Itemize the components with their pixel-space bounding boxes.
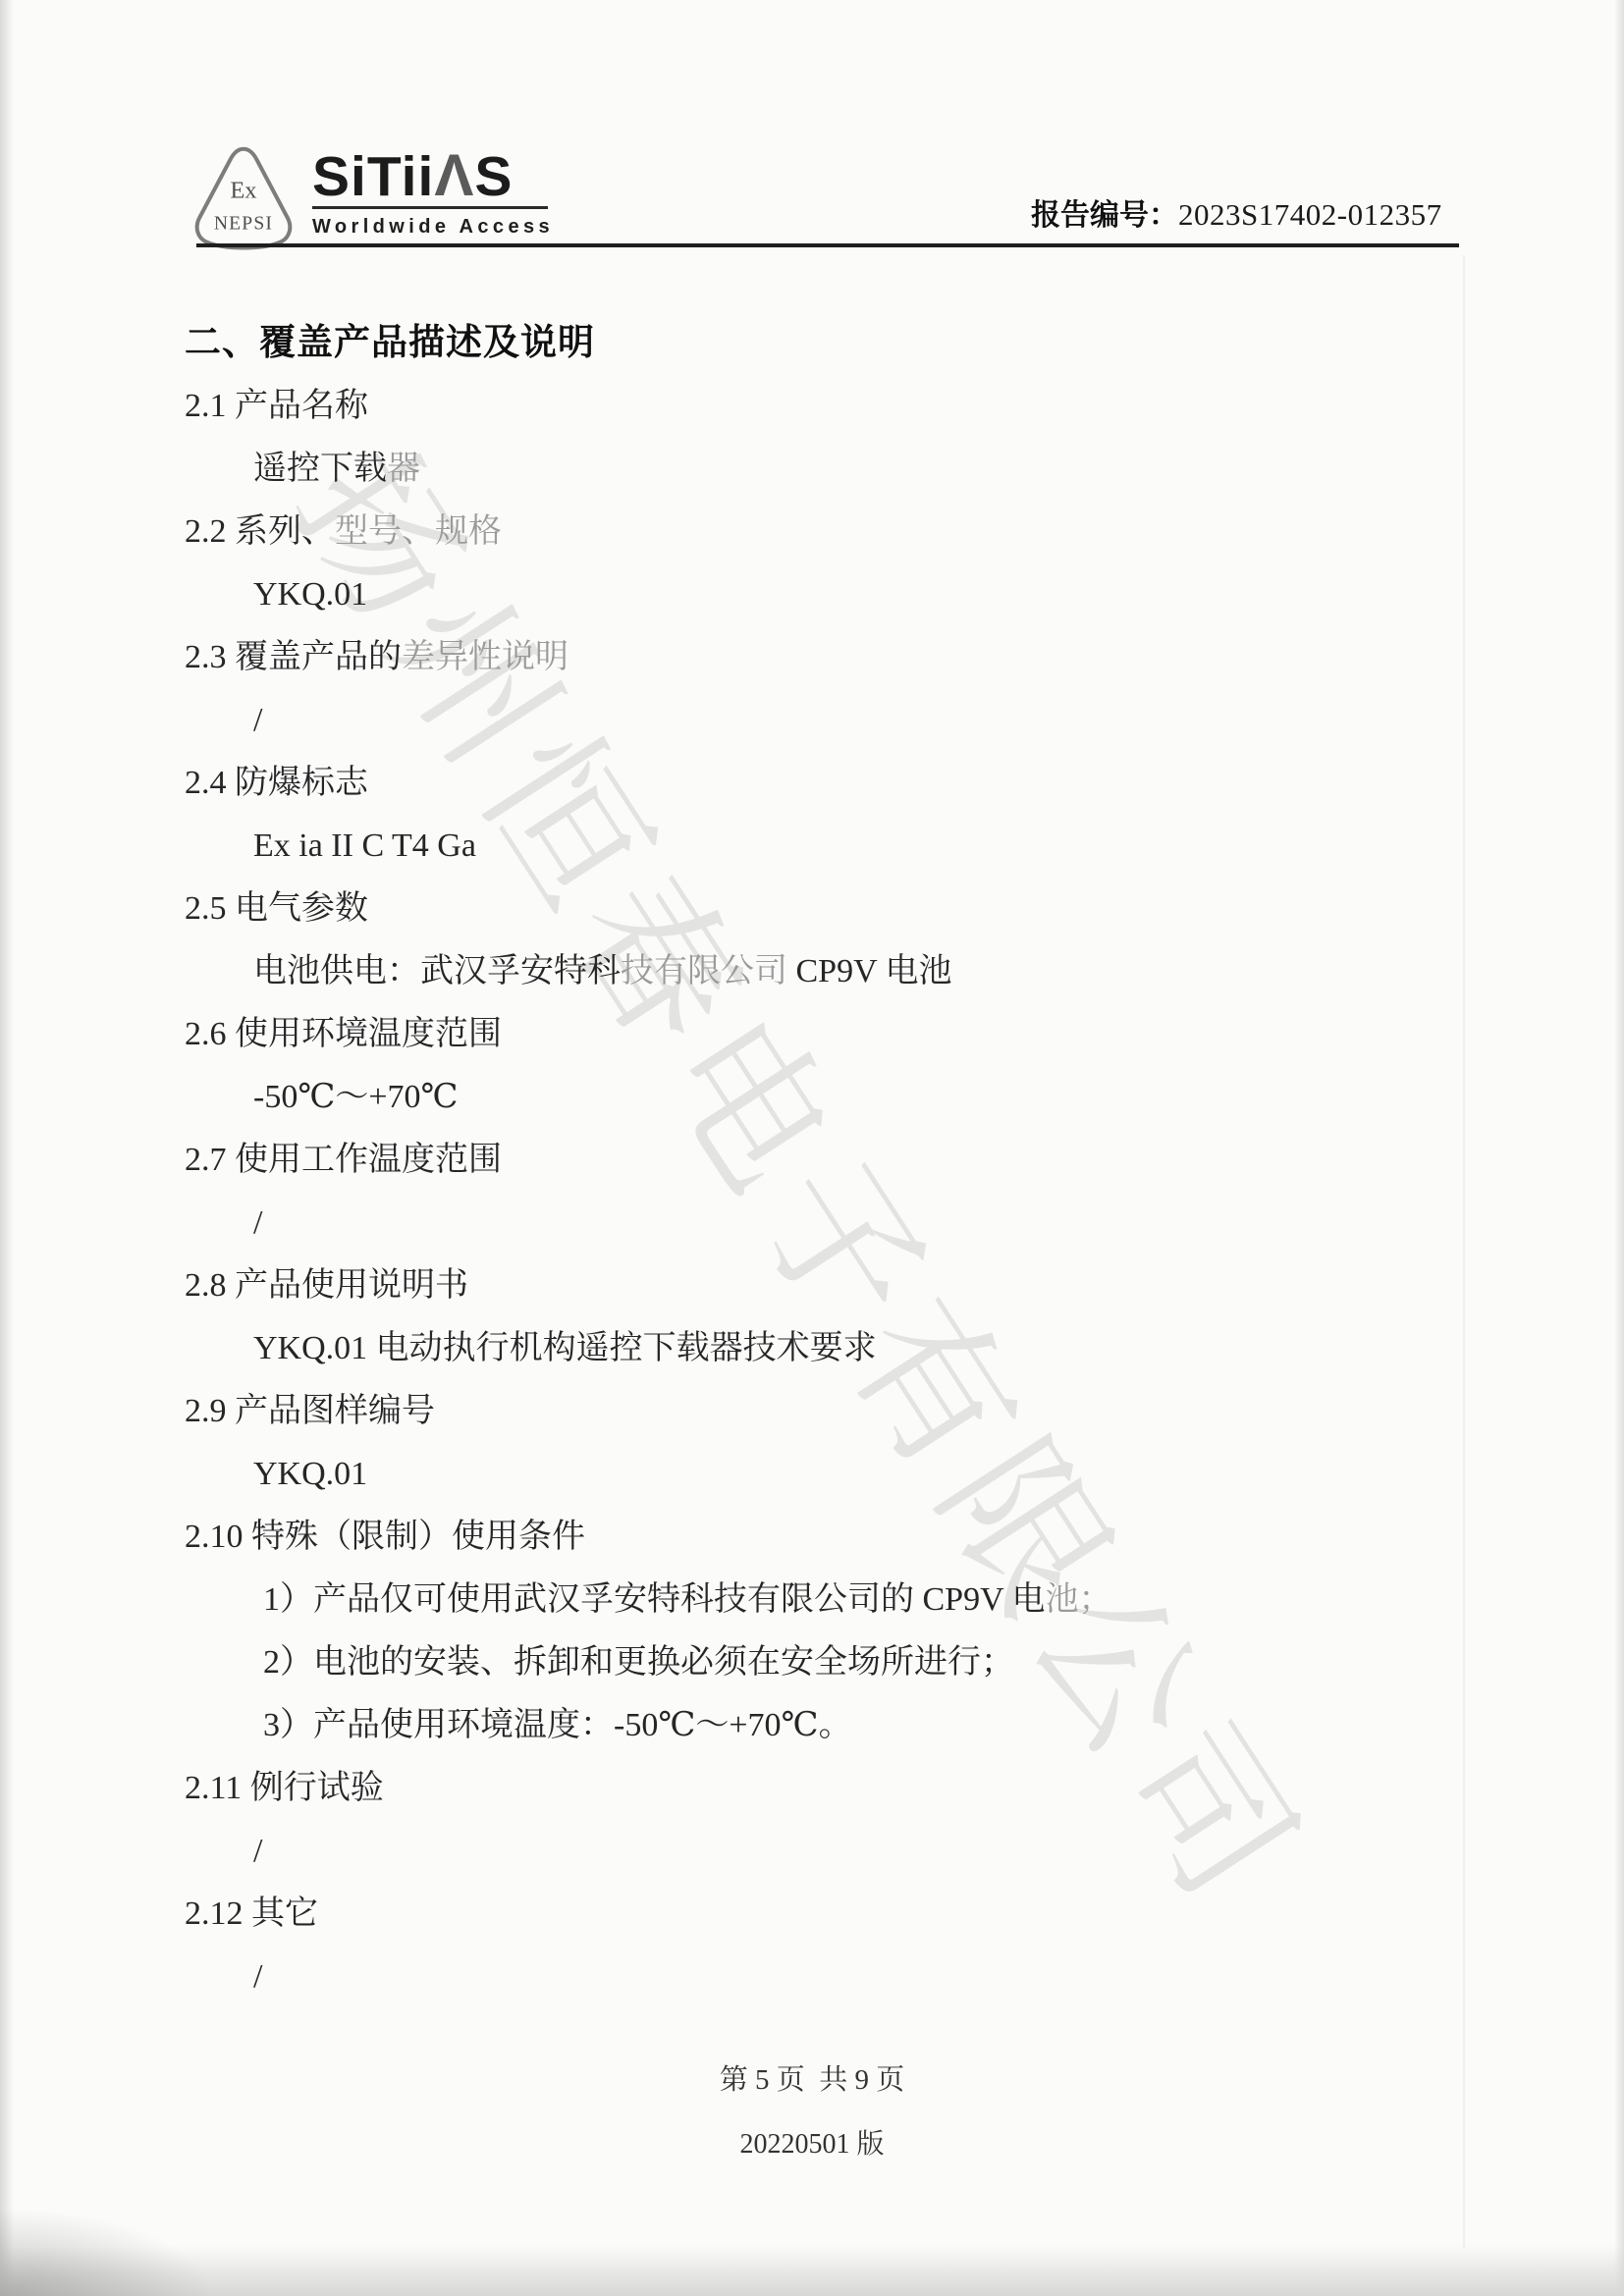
text-segment: /: [253, 1958, 262, 1995]
text-line-heading: 二、覆盖产品描述及说明: [185, 312, 1461, 375]
text-line-sub: 3）产品使用环境温度：-50℃～+70℃。: [185, 1694, 1461, 1757]
text-line-item: 2.6 使用环境温度范围: [185, 1003, 1461, 1066]
text-segment: -50℃～+70℃: [253, 1079, 459, 1115]
text-segment: 2.8 产品使用说明书: [185, 1267, 468, 1304]
text-segment: 2.5 电气参数: [185, 890, 368, 927]
text-line-value: -50℃～+70℃: [185, 1066, 1461, 1129]
text-line-item: 2.3 覆盖产品的差异性说明: [185, 626, 1461, 689]
text-line-item: 2.4 防爆标志: [185, 752, 1461, 815]
text-segment: 2.4 防爆标志: [185, 765, 368, 801]
text-line-value: YKQ.01 电动执行机构遥控下载器技术要求: [185, 1317, 1461, 1380]
report-number-line: 报告编号：2023S17402-012357: [1031, 190, 1442, 234]
text-segment: YKQ.01 电动执行机构遥控下载器技术要求: [253, 1330, 877, 1366]
text-line-value: YKQ.01: [185, 1443, 1461, 1506]
text-segment: CP9V 电池: [787, 953, 952, 989]
text-line-sub: 1）产品仅可使用武汉孚安特科技有限公司的 CP9V 电池；: [185, 1569, 1461, 1631]
text-line-value: /: [185, 1192, 1461, 1255]
text-line-value: 电池供电：武汉孚安特科技有限公司 CP9V 电池: [185, 940, 1461, 1003]
report-number-value: 2023S17402-012357: [1178, 197, 1442, 232]
text-segment: 电池供电：武汉孚安特科: [253, 953, 621, 989]
text-line-item: 2.7 使用工作温度范围: [185, 1129, 1461, 1192]
text-segment: 2）电池的安装、拆卸和更换必须在安全场所进行；: [263, 1644, 1014, 1681]
text-segment: 3）产品使用环境温度：-50℃～+70℃。: [263, 1707, 852, 1743]
text-line-sub: 2）电池的安装、拆卸和更换必须在安全场所进行；: [185, 1631, 1461, 1694]
text-segment: 2.2 系列、: [185, 513, 335, 550]
text-line-item: 2.8 产品使用说明书: [185, 1255, 1461, 1317]
text-segment: /: [253, 1833, 262, 1869]
text-segment: 型号、规格: [335, 513, 502, 550]
text-line-item: 2.11 例行试验: [185, 1757, 1461, 1820]
footer-page-number: 第 5 页 共 9 页: [0, 2057, 1624, 2098]
text-segment: 差异性说明: [402, 639, 568, 675]
text-segment: /: [253, 702, 262, 738]
text-line-value: /: [185, 1946, 1461, 2008]
text-line-item: 2.9 产品图样编号: [185, 1380, 1461, 1443]
text-segment: 2.10 特殊（限制）使用条件: [185, 1519, 585, 1555]
scan-fold-line: [1463, 255, 1465, 2249]
text-segment: YKQ.01: [253, 576, 367, 613]
text-segment: 遥控下载: [253, 451, 387, 487]
wordmark-subtitle: Worldwide Access: [312, 216, 554, 239]
text-line-item: 2.5 电气参数: [185, 878, 1461, 940]
badge-ex-text: Ex: [231, 177, 257, 203]
text-segment: /: [253, 1204, 262, 1241]
sitiias-wordmark: SiTiiΛS: [312, 147, 554, 205]
scan-edge-bottom: [0, 2245, 1624, 2296]
text-segment: 二、覆盖产品描述及说明: [185, 323, 595, 363]
text-line-item: 2.2 系列、型号、规格: [185, 501, 1461, 563]
text-segment: 池；: [1046, 1581, 1112, 1618]
text-line-value: 遥控下载器: [185, 438, 1461, 501]
text-segment: 技有限公司: [621, 953, 787, 989]
sitiias-logo: SiTiiΛS Worldwide Access: [312, 147, 554, 239]
wordmark-lambda: Λ: [434, 142, 474, 208]
scan-edge-right: [1614, 0, 1624, 2296]
text-line-value: /: [185, 689, 1461, 752]
text-segment: 1）产品仅可使用武汉孚安特科技有限公司的 CP9V 电: [263, 1581, 1046, 1618]
text-segment: 2.6 使用环境温度范围: [185, 1016, 502, 1052]
footer-version: 20220501 版: [0, 2122, 1624, 2162]
text-segment: Ex ia II C T4 Ga: [253, 828, 476, 864]
badge-nepsi-text: NEPSI: [214, 214, 273, 235]
report-number-label: 报告编号：: [1031, 199, 1178, 232]
text-line-item: 2.10 特殊（限制）使用条件: [185, 1506, 1461, 1569]
wordmark-part3: S: [474, 145, 513, 208]
text-segment: 2.3 覆盖产品的: [185, 639, 402, 675]
text-segment: 器: [387, 451, 420, 487]
text-line-value: /: [185, 1820, 1461, 1883]
scanned-report-page: 扬州恒春电子有限公司 Ex NEPSI SiTiiΛS Worldwide Ac…: [0, 0, 1624, 2296]
text-segment: 2.1 产品名称: [185, 388, 368, 424]
text-line-item: 2.1 产品名称: [185, 375, 1461, 438]
text-segment: YKQ.01: [253, 1456, 367, 1492]
text-segment: 2.7 使用工作温度范围: [185, 1142, 502, 1178]
text-line-item: 2.12 其它: [185, 1883, 1461, 1946]
scan-corner-smudge: [0, 2208, 216, 2296]
wordmark-part1: SiTii: [312, 145, 434, 208]
text-segment: 2.12 其它: [185, 1896, 318, 1932]
document-body: 二、覆盖产品描述及说明2.1 产品名称遥控下载器2.2 系列、型号、规格YKQ.…: [185, 312, 1461, 2008]
scan-edge-left: [0, 0, 14, 2296]
header-divider: [196, 243, 1459, 247]
text-segment: 2.9 产品图样编号: [185, 1393, 435, 1429]
text-line-value: Ex ia II C T4 Ga: [185, 815, 1461, 878]
text-segment: 2.11 例行试验: [185, 1770, 384, 1806]
text-line-value: YKQ.01: [185, 563, 1461, 626]
